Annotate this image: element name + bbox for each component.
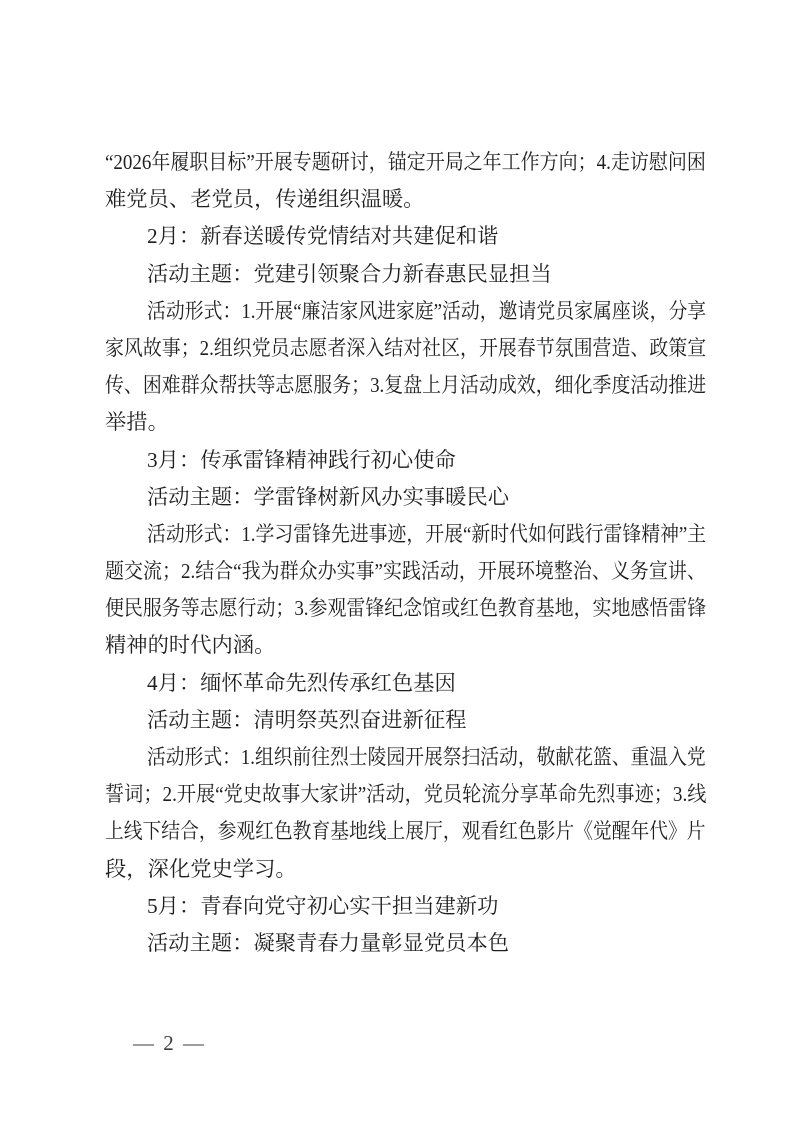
page-number: — 2 — — [133, 1031, 206, 1055]
text-line-content: 传、困难群众帮扶等志愿服务；3.复盘上月活动成效，细化季度活动推进 — [105, 367, 706, 404]
page-footer: — 2 — — [133, 1029, 206, 1057]
text-line-content: 誓词；2.开展“党史故事大家讲”活动，党员轮流分享革命先烈事迹；3.线 — [105, 776, 706, 813]
text-line-content: 4月：缅怀革命先烈传承红色基因 — [147, 665, 456, 702]
text-line: 活动主题：党建引领聚合力新春惠民显担当 — [105, 256, 706, 293]
text-line: 活动形式：1.学习雷锋先进事迹，开展“新时代如何践行雷锋精神”主 — [105, 516, 706, 553]
text-line-content: 题交流；2.结合“我为群众办实事”实践活动，开展环境整治、义务宣讲、 — [105, 553, 706, 590]
text-line: 段，深化党史学习。 — [105, 851, 706, 888]
text-line: 举措。 — [105, 404, 706, 441]
text-line-content: 段，深化党史学习。 — [105, 851, 297, 888]
text-line-content: 活动形式：1.开展“廉洁家风进家庭”活动，邀请党员家属座谈，分享 — [147, 293, 706, 330]
text-line: 家风故事；2.组织党员志愿者深入结对社区，开展春节氛围营造、政策宣 — [105, 330, 706, 367]
text-line: 活动主题：凝聚青春力量彰显党员本色 — [105, 925, 706, 962]
text-line: 活动形式：1.开展“廉洁家风进家庭”活动，邀请党员家属座谈，分享 — [105, 293, 706, 330]
text-line: 精神的时代内涵。 — [105, 627, 706, 664]
text-line-content: 活动形式：1.学习雷锋先进事迹，开展“新时代如何践行雷锋精神”主 — [147, 516, 706, 553]
text-line-content: 举措。 — [105, 404, 169, 441]
text-line: 难党员、老党员，传递组织温暖。 — [105, 181, 706, 218]
text-line: 活动形式：1.组织前往烈士陵园开展祭扫活动，敬献花篮、重温入党 — [105, 739, 706, 776]
text-line-content: 上线下结合，参观红色教育基地线上展厅，观看红色影片《觉醒年代》片 — [105, 813, 706, 850]
text-line-content: 2月：新春送暖传党情结对共建促和谐 — [147, 218, 498, 255]
text-line: 题交流；2.结合“我为群众办实事”实践活动，开展环境整治、义务宣讲、 — [105, 553, 706, 590]
text-line: 誓词；2.开展“党史故事大家讲”活动，党员轮流分享革命先烈事迹；3.线 — [105, 776, 706, 813]
text-line-content: 精神的时代内涵。 — [105, 627, 275, 664]
text-line-content: 3月：传承雷锋精神践行初心使命 — [147, 442, 456, 479]
text-line: 4月：缅怀革命先烈传承红色基因 — [105, 665, 706, 702]
document-body-text: “2026年履职目标”开展专题研讨，锚定开局之年工作方向；4.走访慰问困 难党员… — [105, 144, 706, 962]
text-line-content: 难党员、老党员，传递组织温暖。 — [105, 181, 424, 218]
text-line-content: 活动主题：学雷锋树新风办实事暖民心 — [147, 479, 509, 516]
text-line: “2026年履职目标”开展专题研讨，锚定开局之年工作方向；4.走访慰问困 — [105, 144, 706, 181]
text-line: 5月：青春向党守初心实干担当建新功 — [105, 888, 706, 925]
text-line: 活动主题：清明祭英烈奋进新征程 — [105, 702, 706, 739]
document-page: “2026年履职目标”开展专题研讨，锚定开局之年工作方向；4.走访慰问困 难党员… — [0, 0, 793, 1122]
text-line: 传、困难群众帮扶等志愿服务；3.复盘上月活动成效，细化季度活动推进 — [105, 367, 706, 404]
text-line: 2月：新春送暖传党情结对共建促和谐 — [105, 218, 706, 255]
text-line: 上线下结合，参观红色教育基地线上展厅，观看红色影片《觉醒年代》片 — [105, 813, 706, 850]
text-line-content: 5月：青春向党守初心实干担当建新功 — [147, 888, 498, 925]
text-line-content: 家风故事；2.组织党员志愿者深入结对社区，开展春节氛围营造、政策宣 — [105, 330, 706, 367]
text-line-content: 活动形式：1.组织前往烈士陵园开展祭扫活动，敬献花篮、重温入党 — [147, 739, 706, 776]
text-line: 便民服务等志愿行动；3.参观雷锋纪念馆或红色教育基地，实地感悟雷锋 — [105, 590, 706, 627]
text-line-content: 活动主题：党建引领聚合力新春惠民显担当 — [147, 256, 552, 293]
text-line-content: 活动主题：清明祭英烈奋进新征程 — [147, 702, 466, 739]
text-line: 3月：传承雷锋精神践行初心使命 — [105, 442, 706, 479]
text-line: 活动主题：学雷锋树新风办实事暖民心 — [105, 479, 706, 516]
text-line-content: 活动主题：凝聚青春力量彰显党员本色 — [147, 925, 509, 962]
text-line-content: “2026年履职目标”开展专题研讨，锚定开局之年工作方向；4.走访慰问困 — [105, 144, 706, 181]
text-line-content: 便民服务等志愿行动；3.参观雷锋纪念馆或红色教育基地，实地感悟雷锋 — [105, 590, 706, 627]
